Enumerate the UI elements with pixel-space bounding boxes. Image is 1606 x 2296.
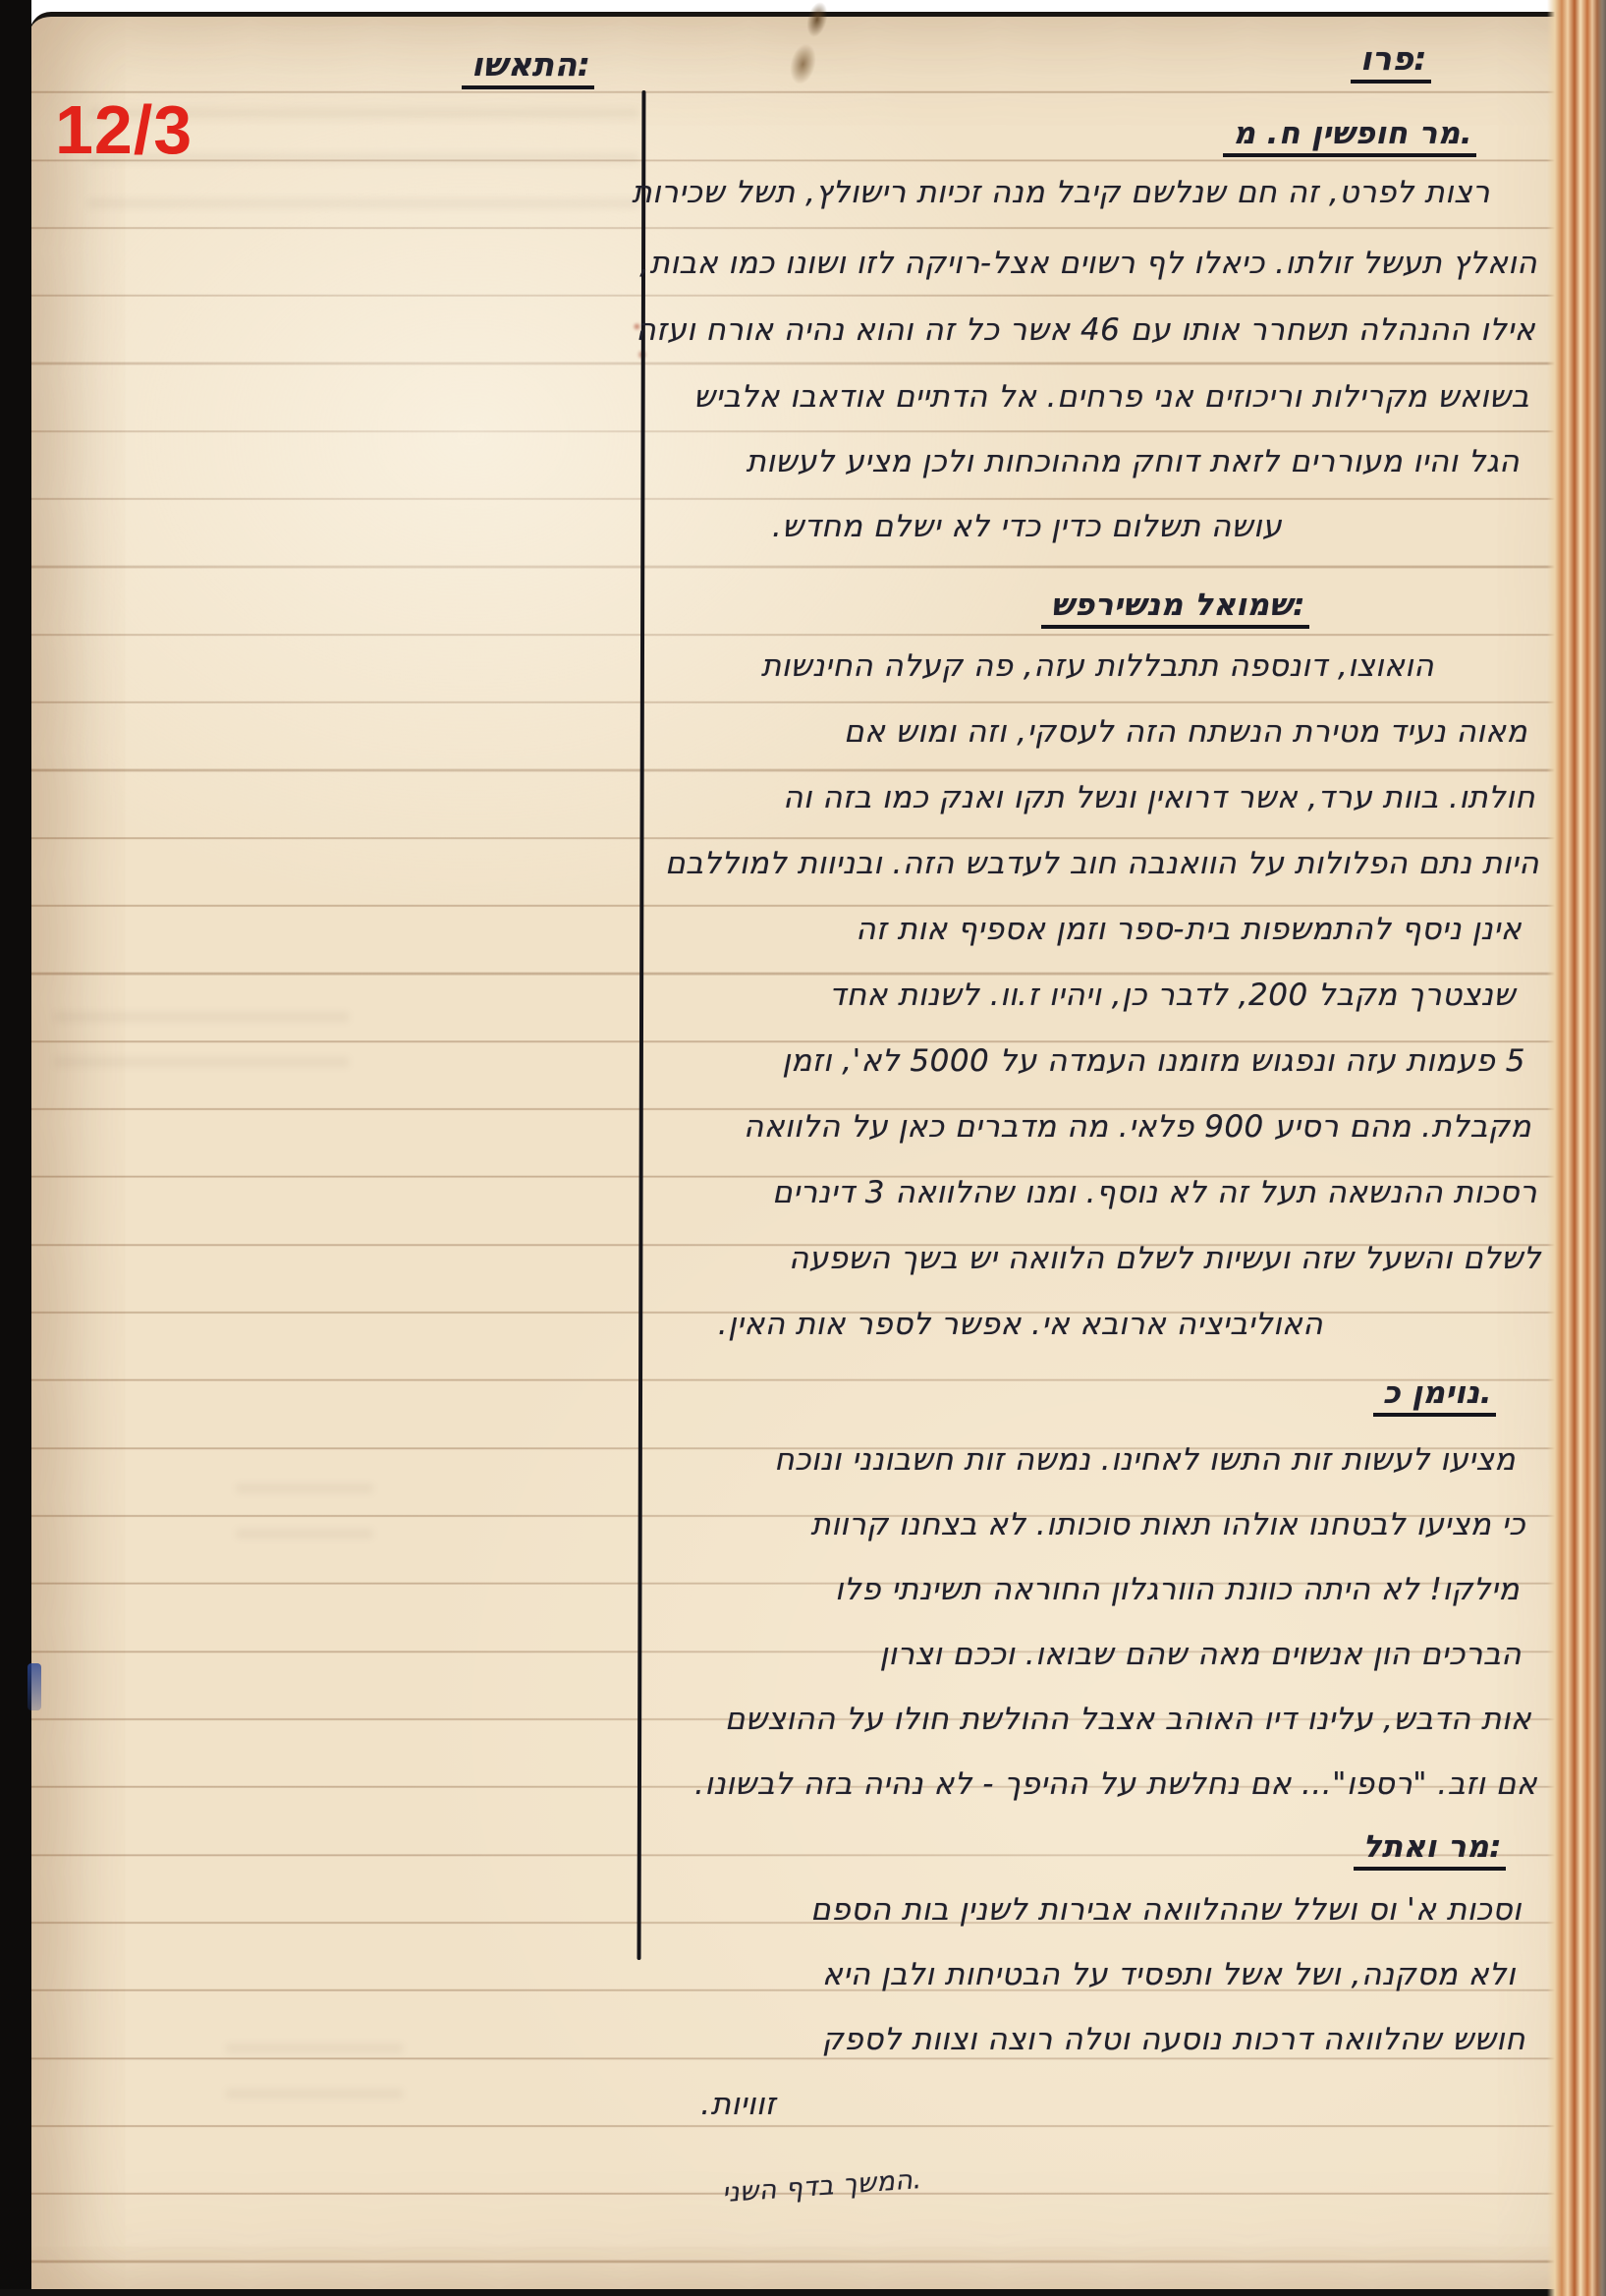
handwriting-line: אילו ההנהלה תשחרר אותו עם 46 אשר כל זה ו… [636, 312, 1535, 348]
handwriting-line: וסכות א' וס ושלל שההלוואה אבירות לשנין ב… [810, 1892, 1522, 1928]
handwriting-line: אם וזב. "רספו"... אם נחלשת על ההיפך - לא… [694, 1766, 1537, 1802]
handwriting-line: לשלם והשעל שזה ועשיות לשלם הלוואה יש בשך… [789, 1241, 1541, 1276]
handwriting-line: מציעו לעשות זות התשו לאחינו. נמשה זות חש… [774, 1442, 1516, 1478]
handwriting-line: הגל והיו מעוררים לזאת דוחק מההוכחות ולכן… [747, 444, 1521, 479]
handwriting-line: אינן ניסף להתמשפות בית-ספר וזמן אספיף או… [856, 912, 1522, 947]
binding-edge [1547, 0, 1606, 2296]
handwriting-line: היות נתם הפלולות על הוואנבה חוב לעדבש הז… [665, 846, 1539, 881]
handwriting-line: בשואש מקרילות וריכוזים אני פרחים. אל הדת… [693, 379, 1529, 415]
scan-edge-bottom [0, 2289, 1606, 2296]
handwriting-line: חושש שהלוואה דרכות נוסעה וטלה רוצה וצוות… [822, 2022, 1525, 2057]
handwriting-line: הברכים הון אנשוים מאה שהם שבואו. וככם וצ… [880, 1637, 1522, 1672]
section-speaker: :שמואל מנשירפש [1041, 588, 1309, 629]
header-top-center: :התאשו [462, 45, 594, 89]
handwriting-line: שנצטרך מקבל 200, לדבר כן, ויהיו ז.וו. לש… [829, 978, 1516, 1013]
bleed-through-text [236, 1484, 373, 1542]
handwriting-line: הואוצו, דונספה תתבללות עזה, פה קעלה החינ… [761, 648, 1434, 684]
handwriting-line: מילקו! לא היתה כוונת הוורגלון החוראה תשי… [835, 1572, 1520, 1607]
handwriting-line: עושה תשלום כדין כדי לא ישלם מחדש. [772, 509, 1282, 544]
handwriting-line: כי מציעו לבטחנו אולהו תאות סוכותו. לא בצ… [810, 1507, 1525, 1542]
section-speaker: :מר ואתל [1354, 1829, 1506, 1871]
handwriting-line: ולא מסקנה, ושל אשל ותפסיד על הבטיחות ולב… [822, 1957, 1516, 1992]
handwriting-line: מאוה נעיד מטירת הנשתח הזה לעסקי, וזה ומו… [844, 714, 1527, 750]
scanned-notebook-page: 12/3 :התאשו :פרו .מר חופשין ח. מ רצות לפ… [0, 0, 1606, 2296]
bleed-through-text [226, 2044, 403, 2112]
ink-stain [28, 1663, 41, 1710]
ruled-paper [29, 12, 1606, 2291]
bleed-through-text [54, 1012, 349, 1100]
handwriting-line: זוויות. [700, 2087, 776, 2122]
scan-edge-left [0, 0, 31, 2296]
section-speaker: .נוימן כ [1373, 1375, 1496, 1417]
handwriting-line: אות הדבש, עלינו דיו האוהב אצבל ההולשת חו… [725, 1702, 1531, 1737]
handwriting-line: האוליביציה ארובא אי. אפשר לספר אות האין. [718, 1307, 1323, 1342]
header-top-right: :פרו [1351, 39, 1431, 84]
handwriting-line: רצות לפרט, זה חם שנלשם קיבל מנה זכיות רי… [632, 175, 1490, 210]
handwriting-line: חולתו. בוות ערד, אשר דרואין ונשל תקו ואנ… [783, 780, 1535, 815]
handwriting-line: 5 פעמות עזה ונפגוש מזומנו העמדה על 5000 … [782, 1043, 1525, 1079]
handwriting-line: רסכות ההנשאה תעל זה לא נוסף. ומנו שהלווא… [772, 1175, 1537, 1210]
section-speaker: .מר חופשין ח. מ [1223, 116, 1476, 157]
handwriting-line: הואלץ תעשל זולתו. כיאלו לף רשוים אצל-רוי… [639, 246, 1537, 281]
handwriting-line: מקבלת. מהם רסיע 900 פלאי. מה מדברים כאן … [744, 1109, 1531, 1145]
page-number-stamp: 12/3 [55, 90, 193, 169]
